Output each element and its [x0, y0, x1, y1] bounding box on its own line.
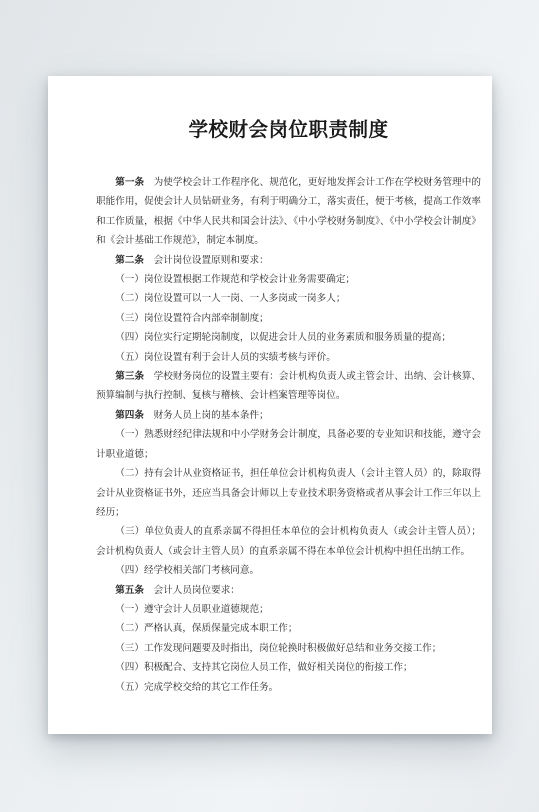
- paragraph: （三）岗位设置符合内部牵制制度；: [96, 309, 481, 328]
- paragraph: （二）严格认真，保质保量完成本职工作；: [96, 619, 481, 638]
- paragraph: （一）熟悉财经纪律法规和中小学财务会计制度，具备必要的专业知识和技能，遵守会计职…: [96, 425, 481, 464]
- paragraph: （二）持有会计从业资格证书，担任单位会计机构负责人（会计主管人员）的，除取得会计…: [96, 464, 481, 522]
- paragraph: （三）工作发现问题要及时指出，岗位轮换时积极做好总结和业务交接工作；: [96, 639, 481, 658]
- article-label: 第一条: [115, 177, 144, 188]
- paragraph: （四）经学校相关部门考核同意。: [96, 561, 481, 580]
- document-title: 学校财会岗位职责制度: [96, 118, 481, 144]
- paragraph: （三）单位负责人的直系亲属不得担任本单位的会计机构负责人（或会计主管人员）；会计…: [96, 522, 481, 561]
- paragraph: 第一条为使学校会计工作程序化、规范化，更好地发挥会计工作在学校财务管理中的职能作…: [96, 173, 481, 251]
- document-body: 第一条为使学校会计工作程序化、规范化，更好地发挥会计工作在学校财务管理中的职能作…: [96, 173, 481, 697]
- paragraph: 第五条会计人员岗位要求：: [96, 581, 481, 600]
- article-label: 第五条: [115, 585, 144, 596]
- paragraph: （二）岗位设置可以一人一岗、一人多岗或一岗多人；: [96, 289, 481, 308]
- paragraph: 第二条会计岗位设置原则和要求：: [96, 251, 481, 270]
- page-background: { "document": { "title": "学校财会岗位职责制度", "…: [0, 0, 539, 812]
- article-label: 第二条: [115, 255, 144, 266]
- paragraph: （四）岗位实行定期轮岗制度，以促进会计人员的业务素质和服务质量的提高；: [96, 328, 481, 347]
- paragraph: 第三条学校财务岗位的设置主要有：会计机构负责人或主管会计、出纳、会计核算、预算编…: [96, 367, 481, 406]
- article-label: 第三条: [115, 371, 144, 382]
- paragraph: （五）岗位设置有利于会计人员的实绩考核与评价。: [96, 348, 481, 367]
- paragraph: （五）完成学校交给的其它工作任务。: [96, 678, 481, 697]
- paragraph: 第四条财务人员上岗的基本条件；: [96, 406, 481, 425]
- article-label: 第四条: [115, 410, 144, 421]
- document-page: 学校财会岗位职责制度 第一条为使学校会计工作程序化、规范化，更好地发挥会计工作在…: [48, 76, 492, 734]
- paragraph: （四）积极配合、支持其它岗位人员工作，做好相关岗位的衔接工作；: [96, 658, 481, 677]
- paragraph: （一）岗位设置根据工作规范和学校会计业务需要确定；: [96, 270, 481, 289]
- paragraph: （一）遵守会计人员职业道德规范；: [96, 600, 481, 619]
